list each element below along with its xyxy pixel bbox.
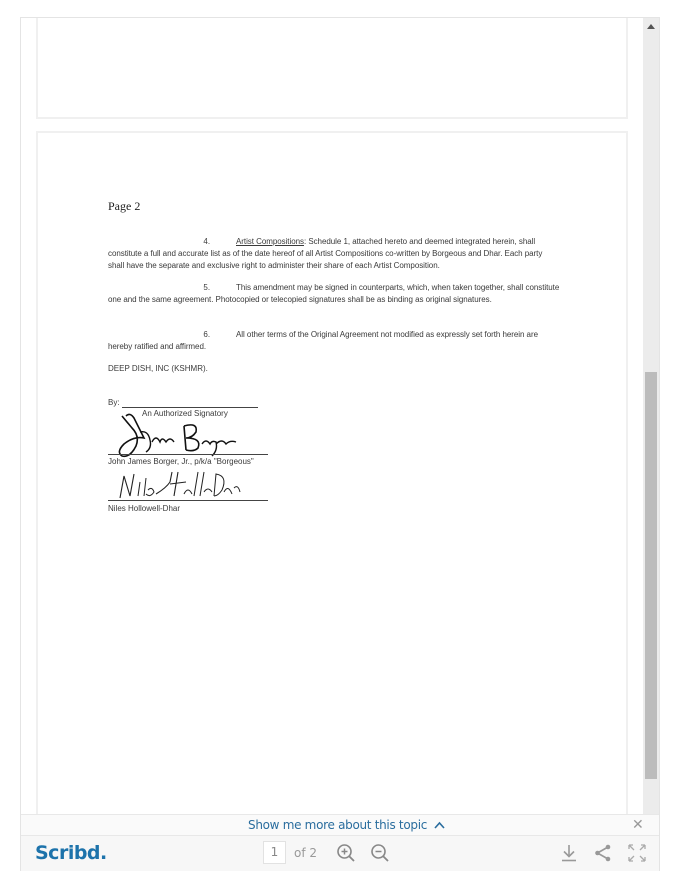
document-viewport[interactable]: Page 2 4.Artist Compositions: Schedule 1… bbox=[21, 18, 643, 814]
scrollbar-thumb[interactable] bbox=[645, 372, 657, 779]
paragraph-6: 6.All other terms of the Original Agreem… bbox=[108, 329, 560, 353]
page-2: Page 2 4.Artist Compositions: Schedule 1… bbox=[36, 131, 628, 814]
viewer-toolbar: Scribd. 1 of 2 bbox=[21, 836, 659, 871]
signature-rule bbox=[108, 500, 268, 501]
page-number-input[interactable]: 1 bbox=[263, 841, 286, 864]
signature-rule bbox=[108, 454, 268, 455]
zoom-in-icon[interactable] bbox=[336, 843, 356, 863]
vertical-scrollbar[interactable] bbox=[643, 18, 659, 814]
close-icon[interactable]: ✕ bbox=[632, 817, 644, 833]
zoom-out-icon[interactable] bbox=[370, 843, 390, 863]
download-icon[interactable] bbox=[559, 843, 579, 863]
paragraph-title: Artist Compositions bbox=[236, 237, 304, 246]
paragraph-4: 4.Artist Compositions: Schedule 1, attac… bbox=[108, 236, 560, 271]
by-label: By: bbox=[108, 398, 120, 407]
chevron-up-icon bbox=[434, 821, 445, 829]
document-viewer: Page 2 4.Artist Compositions: Schedule 1… bbox=[20, 17, 660, 871]
topic-bar: Show me more about this topic ✕ bbox=[21, 814, 659, 836]
total-pages-label: of 2 bbox=[294, 846, 317, 860]
signature-niles-hollowell-dhar bbox=[112, 468, 247, 503]
company-name: DEEP DISH, INC (KSHMR). bbox=[108, 364, 208, 373]
scroll-up-arrow-icon[interactable] bbox=[647, 24, 655, 29]
fullscreen-icon[interactable] bbox=[627, 843, 647, 863]
show-more-topic-link[interactable]: Show me more about this topic bbox=[248, 818, 445, 832]
paragraph-number: 6. bbox=[108, 329, 210, 341]
share-icon[interactable] bbox=[593, 843, 613, 863]
paragraph-number: 5. bbox=[108, 282, 210, 294]
paragraph-number: 4. bbox=[108, 236, 210, 248]
scribd-logo[interactable]: Scribd. bbox=[35, 842, 107, 864]
signer-2-name: Niles Hollowell-Dhar bbox=[108, 504, 180, 513]
signature-block: By: An Authorized Signatory John James B… bbox=[108, 398, 278, 518]
page-heading: Page 2 bbox=[108, 199, 140, 214]
page-1 bbox=[36, 18, 628, 119]
paragraph-5: 5.This amendment may be signed in counte… bbox=[108, 282, 560, 306]
signer-1-name: John James Borger, Jr., p/k/a "Borgeous" bbox=[108, 457, 254, 466]
